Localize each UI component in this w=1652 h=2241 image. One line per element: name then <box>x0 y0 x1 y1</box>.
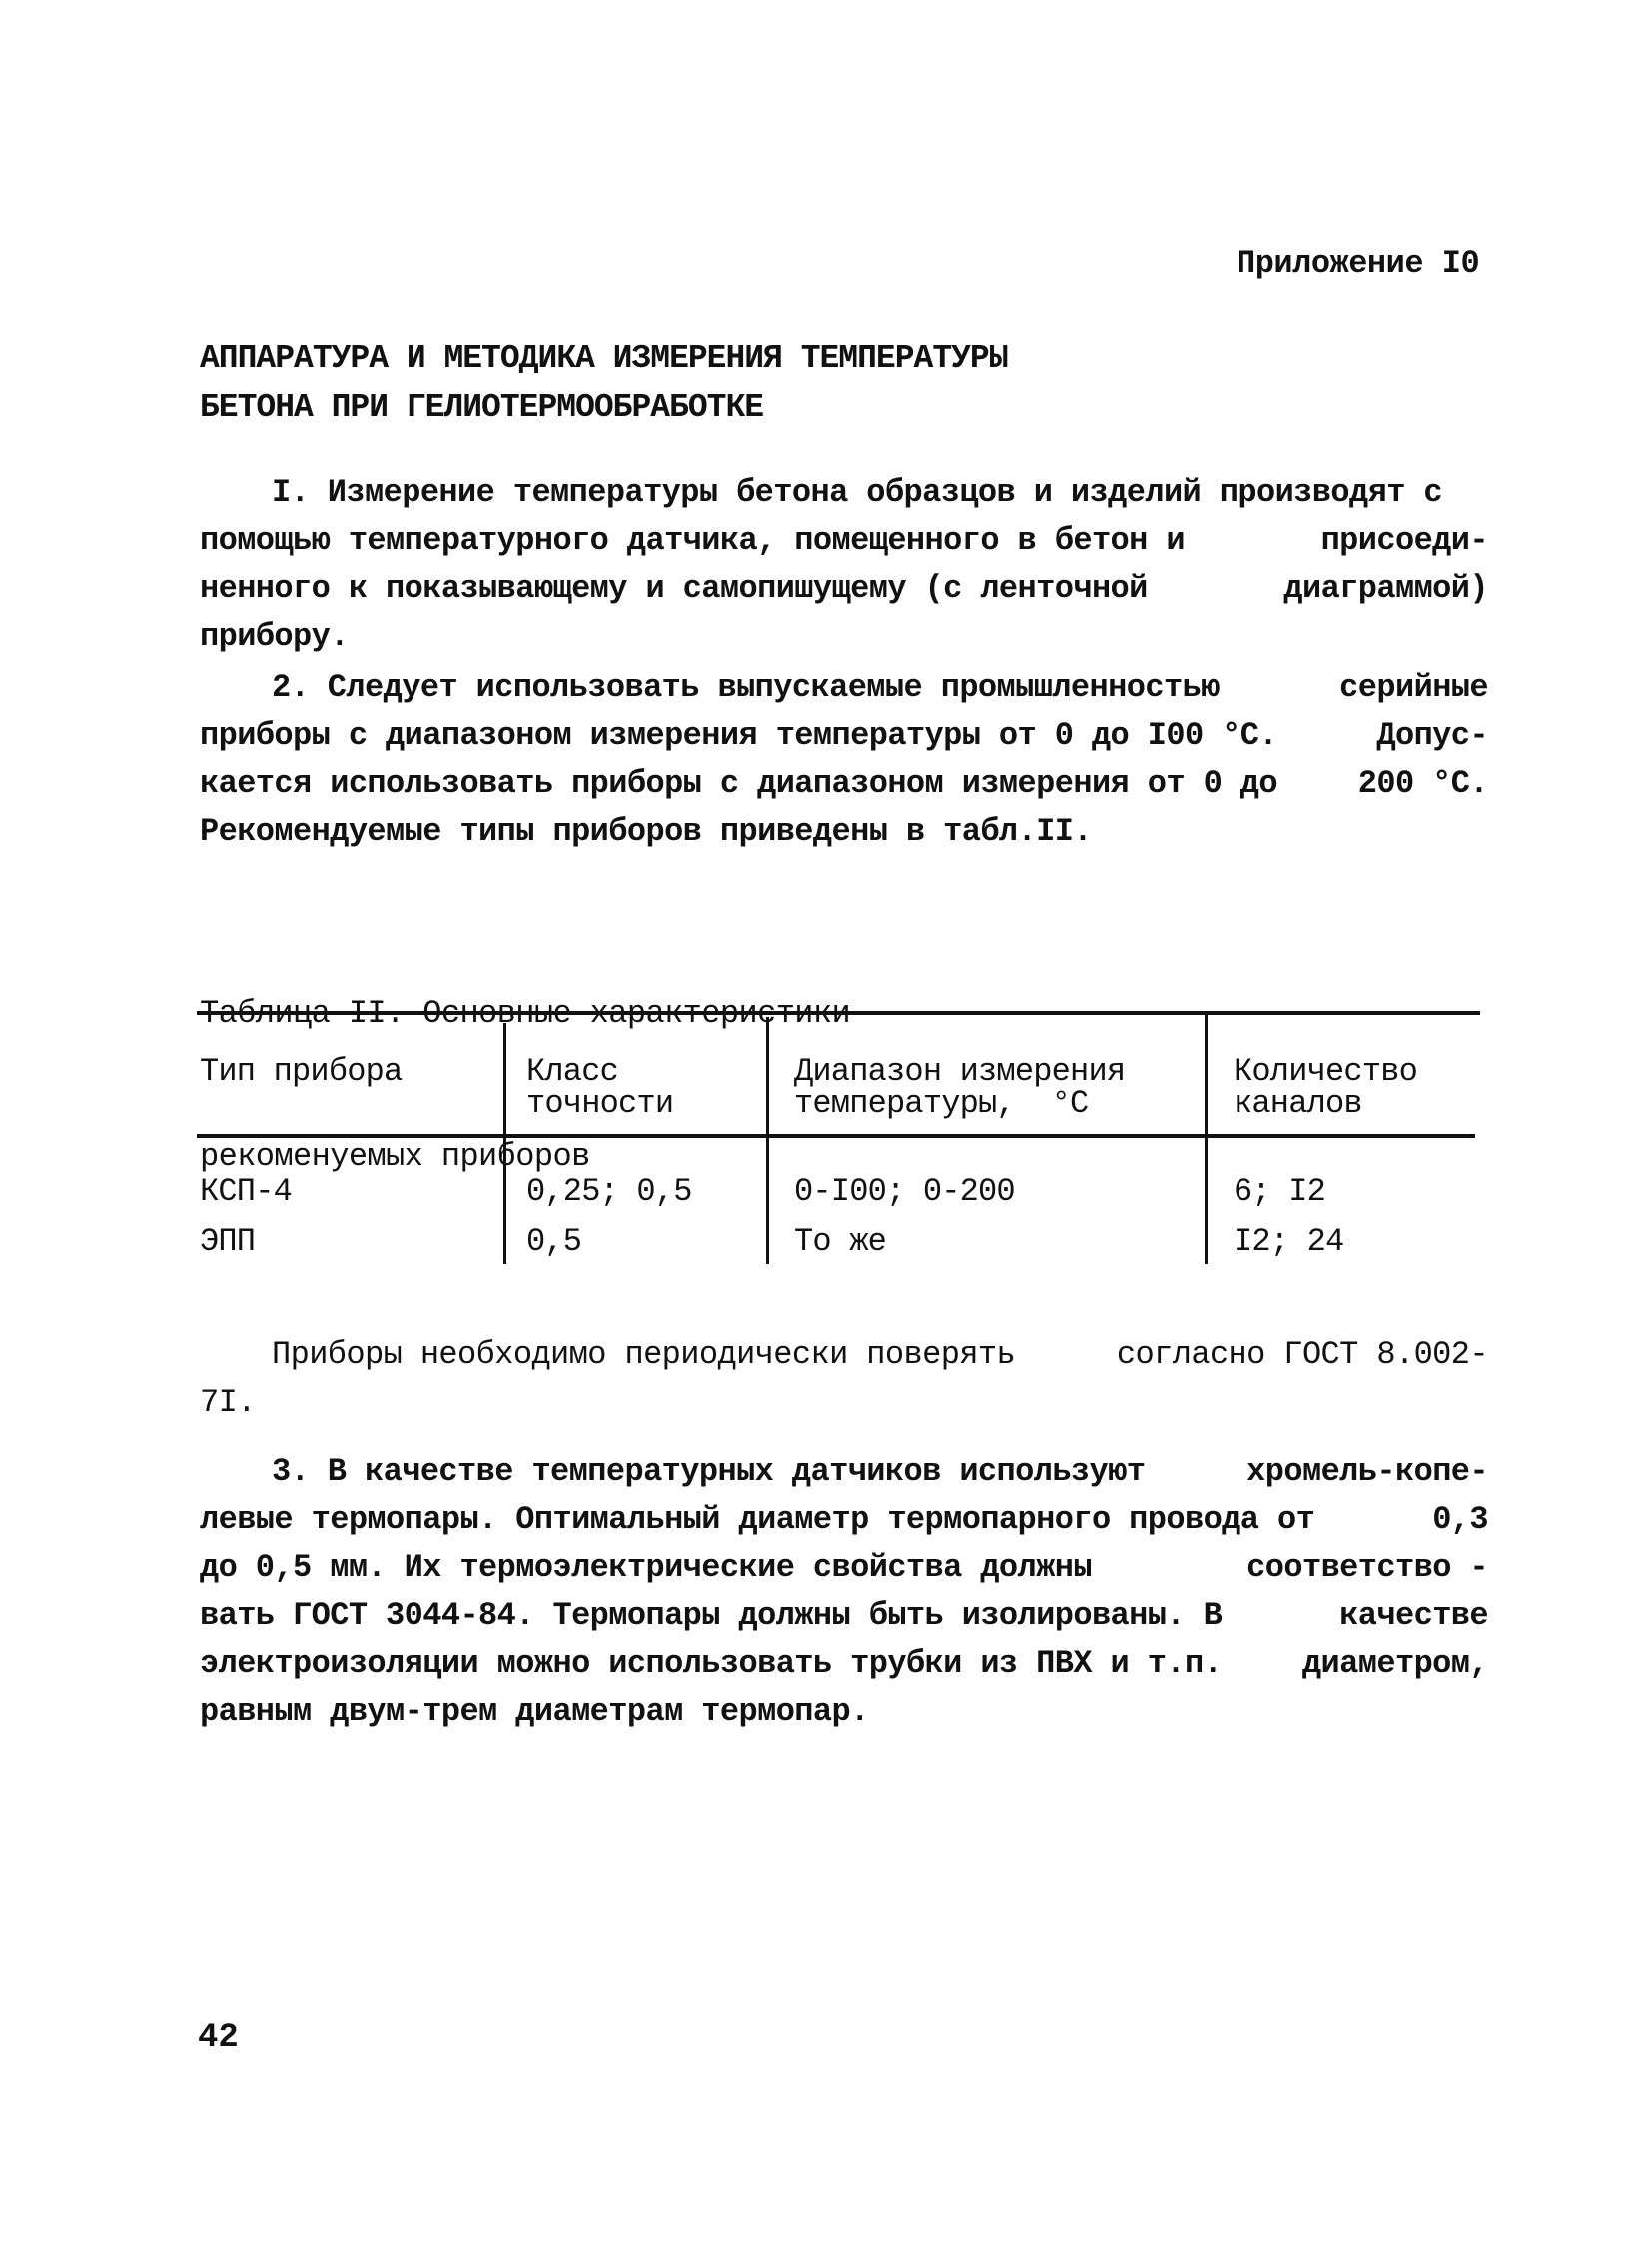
paragraph-3: 3. В качестве температурных датчиков исп… <box>200 1448 1488 1736</box>
paragraph-1: I. Измерение температуры бетона образцов… <box>200 469 1488 661</box>
paragraph-line: 2. Следует использовать выпускаемые пром… <box>200 664 1488 712</box>
text-segment: 2. Следует использовать выпускаемые пром… <box>272 664 1220 712</box>
text-segment: ненного к показывающему и самопишущему (… <box>200 565 1148 613</box>
text-segment: 200 °С. <box>1358 760 1488 808</box>
table-cell: КСП-4 <box>200 1176 292 1208</box>
text-segment: диаметром, <box>1302 1640 1488 1688</box>
text-segment: соответство - <box>1246 1544 1488 1592</box>
text-segment: диаграммой) <box>1283 565 1488 613</box>
text-segment: 7I. <box>200 1379 256 1427</box>
table-cell: То же <box>794 1226 886 1258</box>
text-segment: кается использовать приборы с диапазоном… <box>200 760 1277 808</box>
table-top-rule <box>197 1011 1480 1015</box>
header-channels-2: каналов <box>1234 1088 1362 1120</box>
text-segment: Допус- <box>1376 712 1488 760</box>
text-segment: согласно ГОСТ 8.002- <box>1117 1331 1488 1379</box>
text-segment: 3. В качестве температурных датчиков исп… <box>272 1448 1145 1496</box>
table-cell: 0-I00; 0-200 <box>794 1176 1015 1208</box>
header-instrument-type: Тип прибора <box>200 1056 402 1088</box>
text-segment: помощью температурного датчика, помещенн… <box>200 517 1185 565</box>
text-segment: равным двум-трем диаметрам термопар. <box>200 1688 869 1736</box>
document-title-line-2: БЕТОНА ПРИ ГЕЛИОТЕРМООБРАБОТКЕ <box>200 392 763 424</box>
instruments-table: Тип прибора Класс точности Диапазон изме… <box>197 1009 1480 1263</box>
text-segment: Приборы необходимо периодически поверять <box>272 1331 1015 1379</box>
text-segment: хромель-копе- <box>1246 1448 1488 1496</box>
paragraph-line: электроизоляции можно использовать трубк… <box>200 1640 1488 1688</box>
paragraph-line: Рекомендуемые типы приборов приведены в … <box>200 808 1488 856</box>
text-segment: I. Измерение температуры бетона образцов… <box>272 469 1442 517</box>
text-segment: серийные <box>1339 664 1488 712</box>
text-segment: до 0,5 мм. Их термоэлектрические свойств… <box>200 1544 1092 1592</box>
table-cell: ЭПП <box>200 1226 255 1258</box>
header-channels: Количество <box>1234 1056 1417 1088</box>
text-segment: левые термопары. Оптимальный диаметр тер… <box>200 1496 1314 1544</box>
appendix-label: Приложение I0 <box>1237 248 1479 280</box>
text-segment: качестве <box>1339 1592 1488 1640</box>
table-header-rule <box>197 1134 1475 1138</box>
paragraph-2: 2. Следует использовать выпускаемые пром… <box>200 664 1488 856</box>
column-divider <box>503 1023 506 1264</box>
column-divider <box>1205 1015 1208 1264</box>
paragraph-line: до 0,5 мм. Их термоэлектрические свойств… <box>200 1544 1488 1592</box>
header-accuracy-class-2: точности <box>526 1088 673 1120</box>
column-divider <box>766 1017 769 1264</box>
table-cell: 0,25; 0,5 <box>526 1176 692 1208</box>
table-cell: I2; 24 <box>1234 1226 1343 1258</box>
text-segment: прибору. <box>200 613 349 661</box>
table-cell: 0,5 <box>526 1226 581 1258</box>
header-range-2: температуры, °С <box>794 1088 1088 1120</box>
paragraph-line: приборы с диапазоном измерения температу… <box>200 712 1488 760</box>
paragraph-line: Приборы необходимо периодически поверять… <box>200 1331 1488 1379</box>
table-cell: 6; I2 <box>1234 1176 1325 1208</box>
page-number: 42 <box>198 2019 239 2057</box>
paragraph-line: вать ГОСТ 3044-84. Термопары должны быть… <box>200 1592 1488 1640</box>
header-range: Диапазон измерения <box>794 1056 1125 1088</box>
document-title-line-1: АППАРАТУРА И МЕТОДИКА ИЗМЕРЕНИЯ ТЕМПЕРАТ… <box>200 343 1008 374</box>
paragraph-verification: Приборы необходимо периодически поверять… <box>200 1331 1488 1427</box>
paragraph-line: I. Измерение температуры бетона образцов… <box>200 469 1488 517</box>
text-segment: электроизоляции можно использовать трубк… <box>200 1640 1222 1688</box>
paragraph-line: прибору. <box>200 613 1488 661</box>
text-segment: Рекомендуемые типы приборов приведены в … <box>200 808 1092 856</box>
header-accuracy-class: Класс <box>526 1056 618 1088</box>
text-segment: вать ГОСТ 3044-84. Термопары должны быть… <box>200 1592 1222 1640</box>
paragraph-line: равным двум-трем диаметрам термопар. <box>200 1688 1488 1736</box>
paragraph-line: левые термопары. Оптимальный диаметр тер… <box>200 1496 1488 1544</box>
paragraph-line: ненного к показывающему и самопишущему (… <box>200 565 1488 613</box>
paragraph-line: 3. В качестве температурных датчиков исп… <box>200 1448 1488 1496</box>
text-segment: присоеди- <box>1321 517 1488 565</box>
text-segment: приборы с диапазоном измерения температу… <box>200 712 1277 760</box>
paragraph-line: помощью температурного датчика, помещенн… <box>200 517 1488 565</box>
paragraph-line: кается использовать приборы с диапазоном… <box>200 760 1488 808</box>
text-segment: 0,3 <box>1432 1496 1488 1544</box>
paragraph-line: 7I. <box>200 1379 1488 1427</box>
